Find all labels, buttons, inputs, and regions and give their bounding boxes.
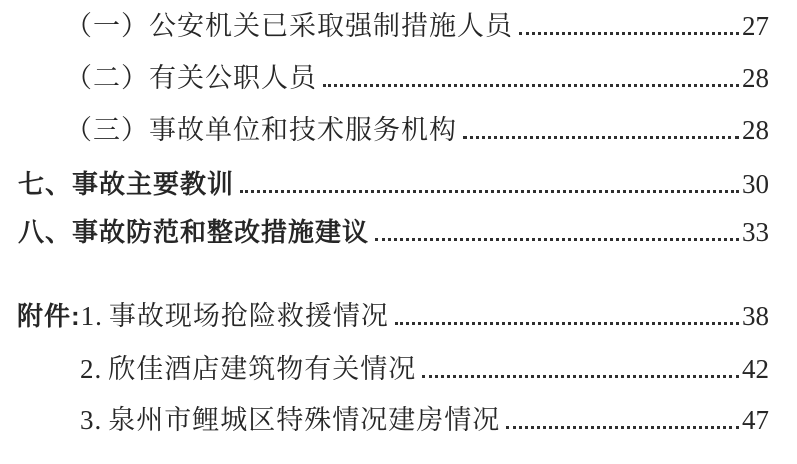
attachment-number: 3. bbox=[80, 405, 102, 435]
dot-leader bbox=[506, 426, 739, 429]
dot-leader bbox=[240, 190, 739, 193]
toc-entry-page: 28 bbox=[742, 62, 769, 94]
toc-entry-label: 八、事故防范和整改措施建议 bbox=[18, 216, 369, 248]
toc-entry-label: （一）公安机关已采取强制措施人员 bbox=[65, 10, 513, 42]
toc-entry: 3.泉州市鲤城区特殊情况建房情况 47 bbox=[0, 404, 769, 436]
toc-entry-page: 28 bbox=[742, 114, 769, 146]
toc-entry-label: 七、事故主要教训 bbox=[18, 168, 234, 200]
attachment-title: 事故现场抢险救援情况 bbox=[109, 301, 389, 331]
toc-entry-page: 33 bbox=[742, 216, 769, 248]
attachment-number: 2. bbox=[80, 354, 102, 384]
dot-leader bbox=[422, 375, 739, 378]
toc-entry-page: 42 bbox=[742, 353, 769, 385]
dot-leader bbox=[323, 84, 739, 87]
attachment-number: 1. bbox=[81, 301, 103, 331]
toc-entry: 七、事故主要教训 30 bbox=[0, 168, 769, 200]
attachment-title: 欣佳酒店建筑物有关情况 bbox=[108, 354, 416, 384]
toc-entry-page: 47 bbox=[742, 404, 769, 436]
toc-entry-label: 3.泉州市鲤城区特殊情况建房情况 bbox=[80, 404, 500, 436]
toc-entry: 2.欣佳酒店建筑物有关情况 42 bbox=[0, 353, 769, 385]
dot-leader bbox=[395, 322, 739, 325]
toc-entry-label: 附件:1.事故现场抢险救援情况 bbox=[17, 300, 389, 332]
dot-leader bbox=[463, 136, 739, 139]
toc-entry: （二）有关公职人员 28 bbox=[0, 62, 769, 94]
toc-entry: 附件:1.事故现场抢险救援情况 38 bbox=[0, 300, 769, 332]
toc-entry-page: 38 bbox=[742, 300, 769, 332]
toc-entry-label: （三）事故单位和技术服务机构 bbox=[65, 114, 457, 146]
toc-entry-page: 27 bbox=[742, 10, 769, 42]
toc-entry-label: （二）有关公职人员 bbox=[65, 62, 317, 94]
toc-entry: 八、事故防范和整改措施建议 33 bbox=[0, 216, 769, 248]
toc-entry: （一）公安机关已采取强制措施人员 27 bbox=[0, 10, 769, 42]
toc-entry-label: 2.欣佳酒店建筑物有关情况 bbox=[80, 353, 416, 385]
attachment-title: 泉州市鲤城区特殊情况建房情况 bbox=[108, 405, 500, 435]
attachment-prefix: 附件: bbox=[17, 301, 81, 331]
dot-leader bbox=[375, 238, 739, 241]
toc-page: （一）公安机关已采取强制措施人员 27 （二）有关公职人员 28 （三）事故单位… bbox=[0, 0, 797, 464]
toc-entry-page: 30 bbox=[742, 168, 769, 200]
dot-leader bbox=[519, 32, 739, 35]
toc-entry: （三）事故单位和技术服务机构 28 bbox=[0, 114, 769, 146]
